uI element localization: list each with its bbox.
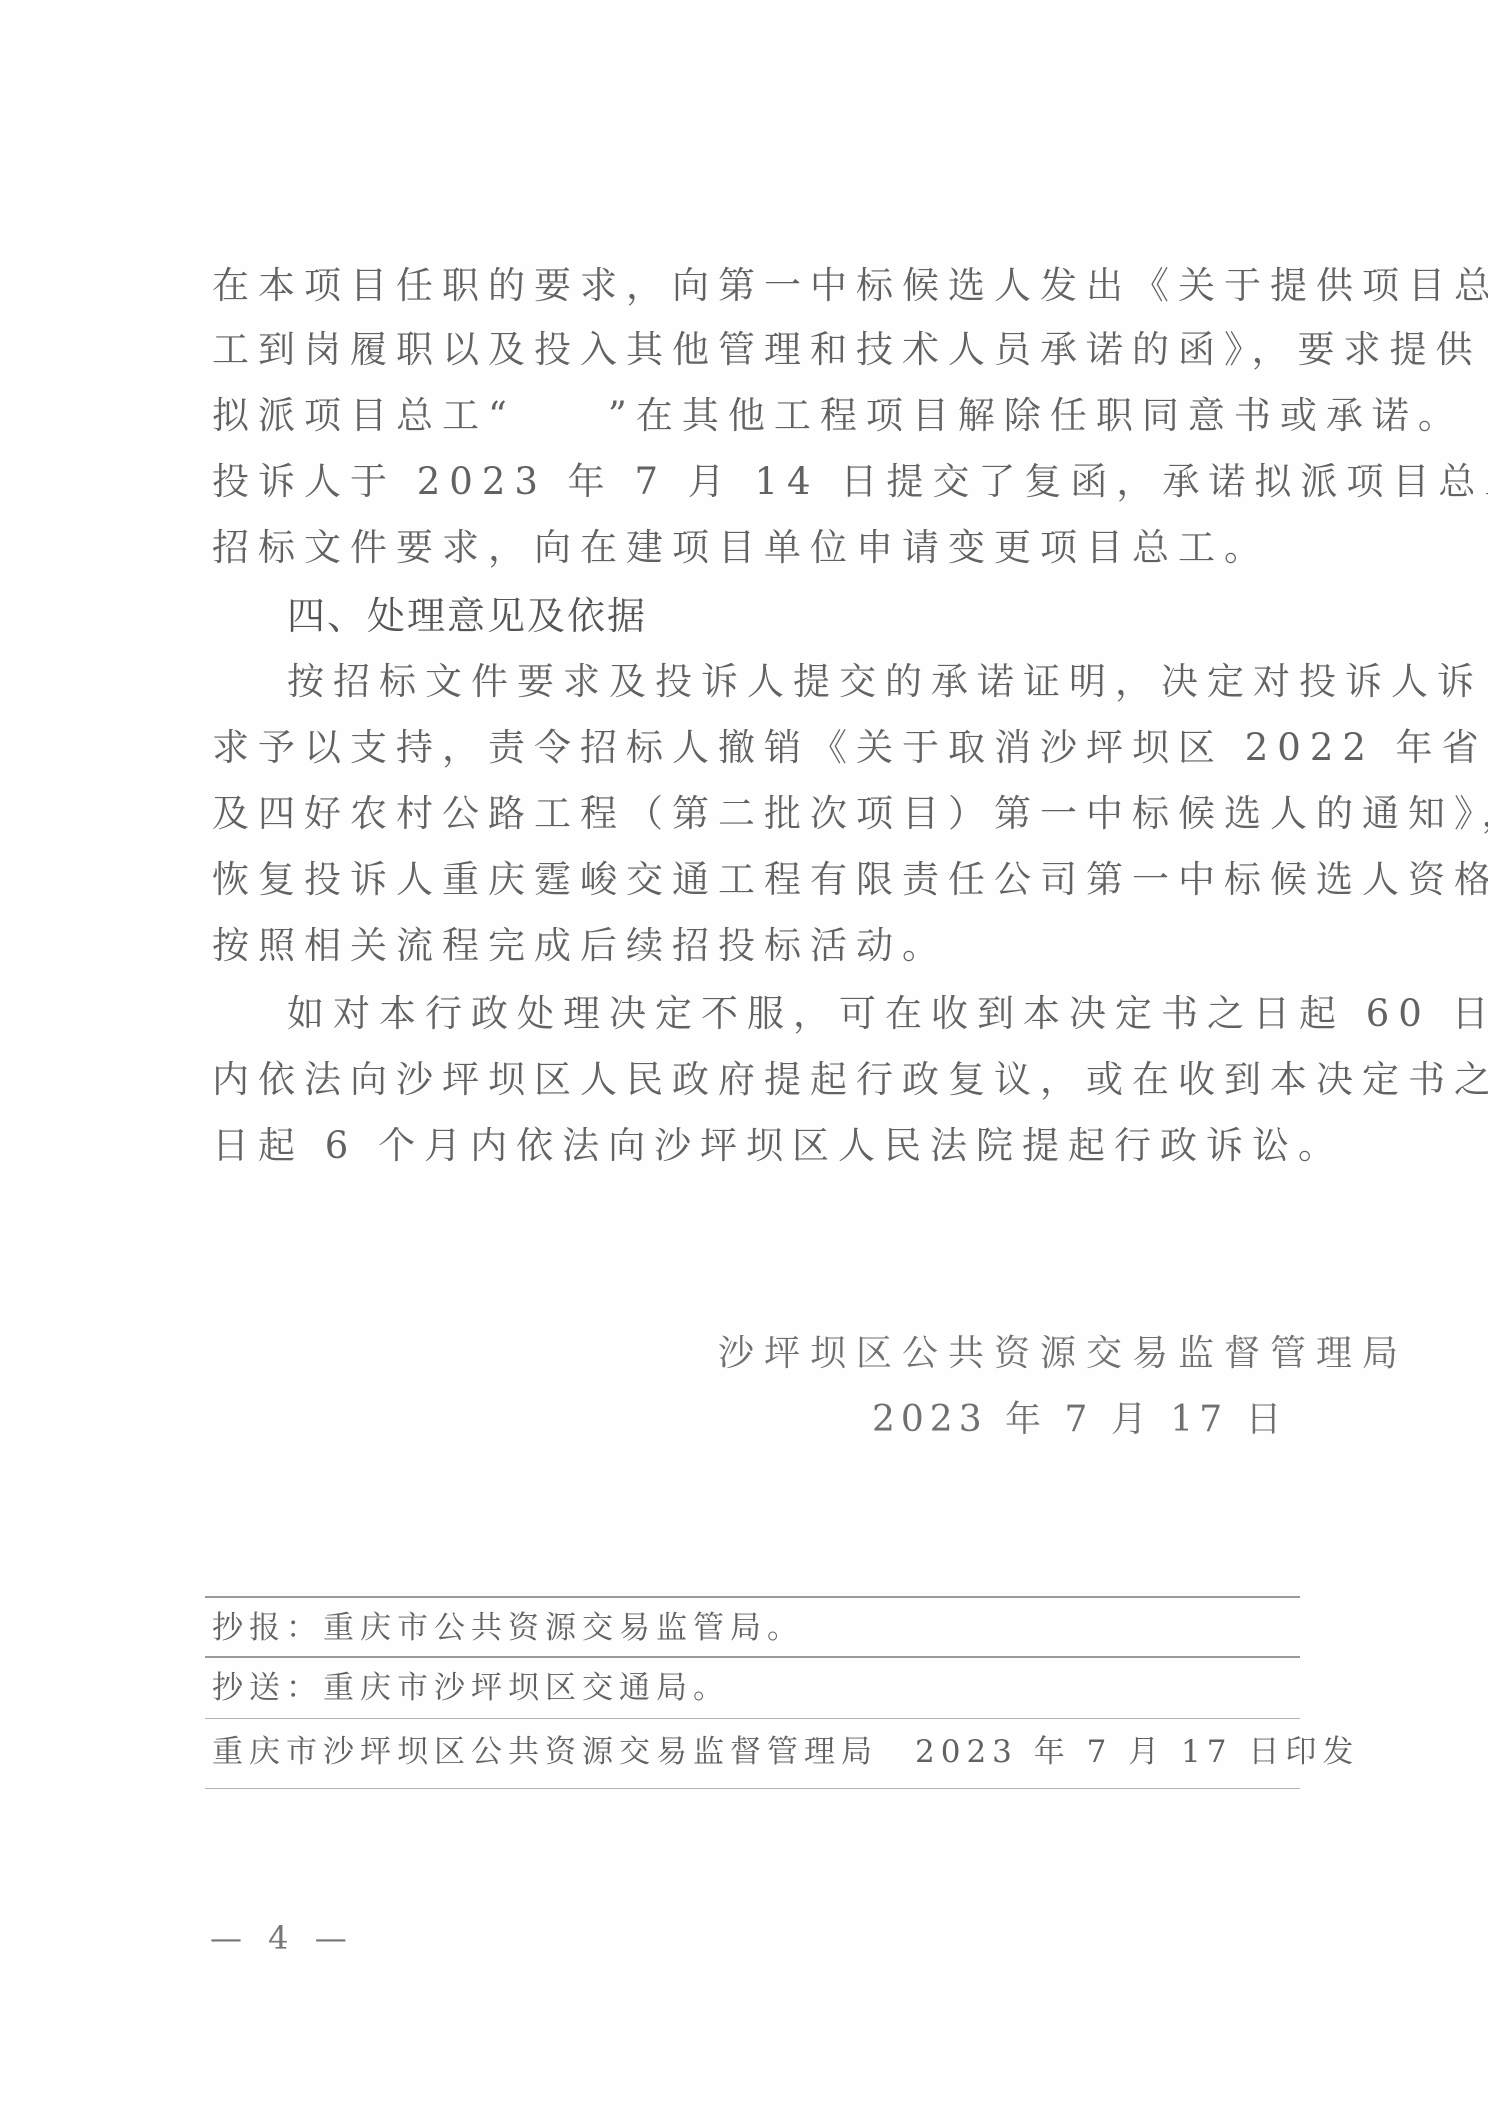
paragraph-line: 如对本行政处理决定不服，可在收到本决定书之日起 60 日	[287, 990, 1367, 1038]
paragraph-line: 求予以支持，责令招标人撤销《关于取消沙坪坝区 2022 年省道	[212, 724, 1292, 772]
divider-line	[205, 1656, 1300, 1658]
paragraph-line: 按照相关流程完成后续招投标活动。	[212, 922, 1292, 970]
page-number: — 4 —	[210, 1918, 355, 1958]
paragraph-line: 工到岗履职以及投入其他管理和技术人员承诺的函》，要求提供	[212, 326, 1292, 374]
paragraph-line: 招标文件要求，向在建项目单位申请变更项目总工。	[212, 524, 1292, 572]
printed-by: 重庆市沙坪坝区公共资源交易监督管理局 2023 年 7 月 17 日印发	[212, 1732, 1359, 1772]
report-to: 抄报：重庆市公共资源交易监管局。	[212, 1608, 804, 1648]
paragraph-line: 及四好农村公路工程（第二批次项目）第一中标候选人的通知》，	[212, 790, 1292, 838]
paragraph-line: 日起 6 个月内依法向沙坪坝区人民法院提起行政诉讼。	[212, 1122, 1292, 1170]
paragraph-line: 投诉人于 2023 年 7 月 14 日提交了复函，承诺拟派项目总工响应	[212, 458, 1292, 506]
issuer-signature: 沙坪坝区公共资源交易监督管理局	[718, 1330, 1408, 1378]
copy-to: 抄送：重庆市沙坪坝区交通局。	[212, 1668, 730, 1708]
divider-line	[205, 1718, 1300, 1719]
paragraph-line: 按招标文件要求及投诉人提交的承诺证明，决定对投诉人诉	[287, 658, 1367, 706]
divider-line	[205, 1596, 1300, 1598]
paragraph-line: 内依法向沙坪坝区人民政府提起行政复议，或在收到本决定书之	[212, 1056, 1292, 1104]
signature-date: 2023 年 7 月 17 日	[872, 1396, 1288, 1444]
divider-line	[205, 1788, 1300, 1789]
document-page: 在本项目任职的要求，向第一中标候选人发出《关于提供项目总 工到岗履职以及投入其他…	[0, 0, 1488, 2106]
section-heading: 四、处理意见及依据	[287, 592, 647, 640]
paragraph-line: 拟派项目总工“ ”在其他工程项目解除任职同意书或承诺。	[212, 392, 1292, 440]
paragraph-line: 在本项目任职的要求，向第一中标候选人发出《关于提供项目总	[212, 262, 1292, 310]
paragraph-line: 恢复投诉人重庆霆峻交通工程有限责任公司第一中标候选人资格，	[212, 856, 1292, 904]
